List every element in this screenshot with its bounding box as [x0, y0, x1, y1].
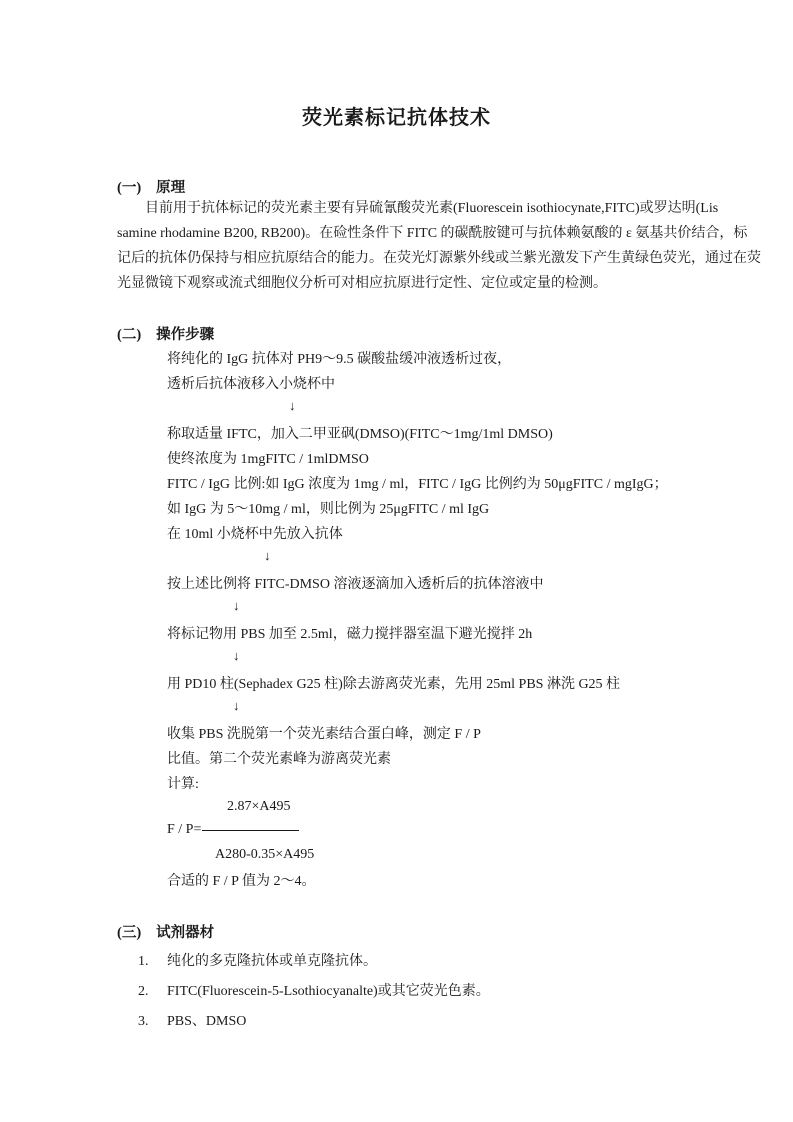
section-1-number: (一)	[117, 176, 141, 197]
document-title: 荧光素标记抗体技术	[0, 101, 793, 130]
procedure-step: FITC / IgG 比例:如 IgG 浓度为 1mg / ml，FITC / …	[167, 475, 668, 494]
procedure-step: 合适的 F / P 值为 2～4。	[167, 872, 315, 891]
procedure-step: 在 10ml 小烧杯中先放入抗体	[167, 525, 343, 544]
list-item-number: 2.	[138, 984, 167, 1000]
section-2-title: 操作步骤	[156, 323, 214, 344]
procedure-step: 如 IgG 为 5～10mg / ml，则比例为 25μgFITC / ml I…	[167, 500, 489, 519]
procedure-step: 收集 PBS 洗脱第一个荧光素结合蛋白峰，测定 F / P	[167, 725, 481, 744]
procedure-step: 比值。第二个荧光素峰为游离荧光素	[167, 750, 391, 769]
fp-formula: F / P=	[167, 822, 299, 838]
down-arrow-icon: ↓	[233, 598, 240, 613]
section-2-number: (二)	[117, 323, 141, 344]
section-3-title: 试剂器材	[156, 921, 214, 942]
list-item-text: FITC(Fluorescein-5-Lsothiocyanalte)或其它荧光…	[167, 984, 490, 999]
procedure-step: 用 PD10 柱(Sephadex G25 柱)除去游离荧光素，先用 25ml …	[167, 675, 620, 694]
formula-denominator: A280-0.35×A495	[215, 847, 314, 863]
list-item: 2.FITC(Fluorescein-5-Lsothiocyanalte)或其它…	[138, 980, 490, 1000]
list-item-number: 1.	[138, 954, 167, 970]
list-item-number: 3.	[138, 1014, 167, 1030]
fraction-bar	[202, 830, 299, 831]
down-arrow-icon: ↓	[233, 698, 240, 713]
list-item-text: 纯化的多克隆抗体或单克隆抗体。	[167, 954, 377, 969]
section-2-heading: (二) 操作步骤	[117, 323, 214, 344]
paragraph-line: 光显微镜下观察或流式细胞仪分析可对相应抗原进行定性、定位或定量的检测。	[117, 274, 607, 293]
document-page: 荧光素标记抗体技术 (一) 原理 目前用于抗体标记的荧光素主要有异硫氰酸荧光素(…	[0, 0, 793, 1122]
procedure-step: 透析后抗体液移入小烧杯中	[167, 375, 335, 394]
section-1-title: 原理	[156, 176, 185, 197]
procedure-step: 计算:	[167, 775, 199, 794]
procedure-step: 称取适量 IFTC，加入二甲亚砜(DMSO)(FITC～1mg/1ml DMSO…	[167, 425, 553, 444]
paragraph-line: samine rhodamine B200, RB200)。在硷性条件下 FIT…	[117, 224, 747, 243]
list-item: 1.纯化的多克隆抗体或单克隆抗体。	[138, 950, 377, 970]
procedure-step: 使终浓度为 1mgFITC / 1mlDMSO	[167, 450, 369, 469]
formula-numerator: 2.87×A495	[227, 799, 291, 815]
section-3-heading: (三) 试剂器材	[117, 921, 214, 942]
procedure-step: 将纯化的 IgG 抗体对 PH9～9.5 碳酸盐缓冲液透析过夜，	[167, 350, 511, 369]
down-arrow-icon: ↓	[264, 548, 271, 563]
list-item-text: PBS、DMSO	[167, 1014, 246, 1029]
paragraph-line: 目前用于抗体标记的荧光素主要有异硫氰酸荧光素(Fluorescein isoth…	[117, 199, 718, 218]
paragraph-line: 记后的抗体仍保持与相应抗原结合的能力。在荧光灯源紫外线或兰紫光激发下产生黄绿色荧…	[117, 249, 761, 268]
section-3-number: (三)	[117, 921, 141, 942]
formula-prefix: F / P=	[167, 822, 201, 838]
down-arrow-icon: ↓	[289, 398, 296, 413]
procedure-step: 按上述比例将 FITC-DMSO 溶液逐滴加入透析后的抗体溶液中	[167, 575, 543, 594]
section-1-heading: (一) 原理	[117, 176, 185, 197]
procedure-step: 将标记物用 PBS 加至 2.5ml，磁力搅拌器室温下避光搅拌 2h	[167, 625, 532, 644]
list-item: 3.PBS、DMSO	[138, 1010, 246, 1030]
down-arrow-icon: ↓	[233, 648, 240, 663]
